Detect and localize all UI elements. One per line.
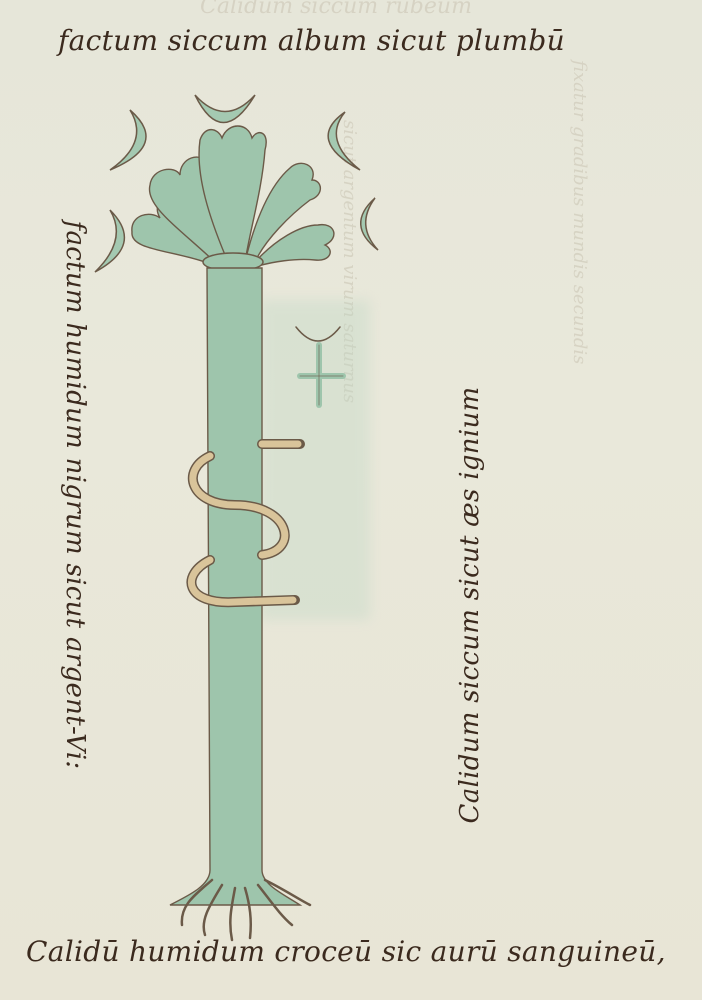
crescent-moon-icon: [110, 110, 146, 170]
crescent-moon-icon: [361, 198, 378, 250]
manuscript-page: Calidum siccum rubeum sicut trigintiquat…: [0, 0, 702, 1000]
caption-top: factum siccum album sicut plumbū: [58, 24, 565, 57]
caption-left: factum humidum nigrum sicut argent-Vi:: [60, 135, 90, 855]
crescent-moon-icon: [95, 210, 124, 272]
tree-roots: [182, 880, 310, 940]
tree-crown: [132, 126, 334, 266]
caption-bottom: Calidū humidum croceū sic aurū sanguineū…: [26, 935, 666, 968]
crescent-moon-icon: [328, 112, 360, 170]
caption-right: Calidum siccum sicut æs ignium: [455, 305, 485, 905]
crescent-moon-icon: [195, 95, 255, 123]
alchemical-tree-illustration: [0, 0, 702, 1000]
